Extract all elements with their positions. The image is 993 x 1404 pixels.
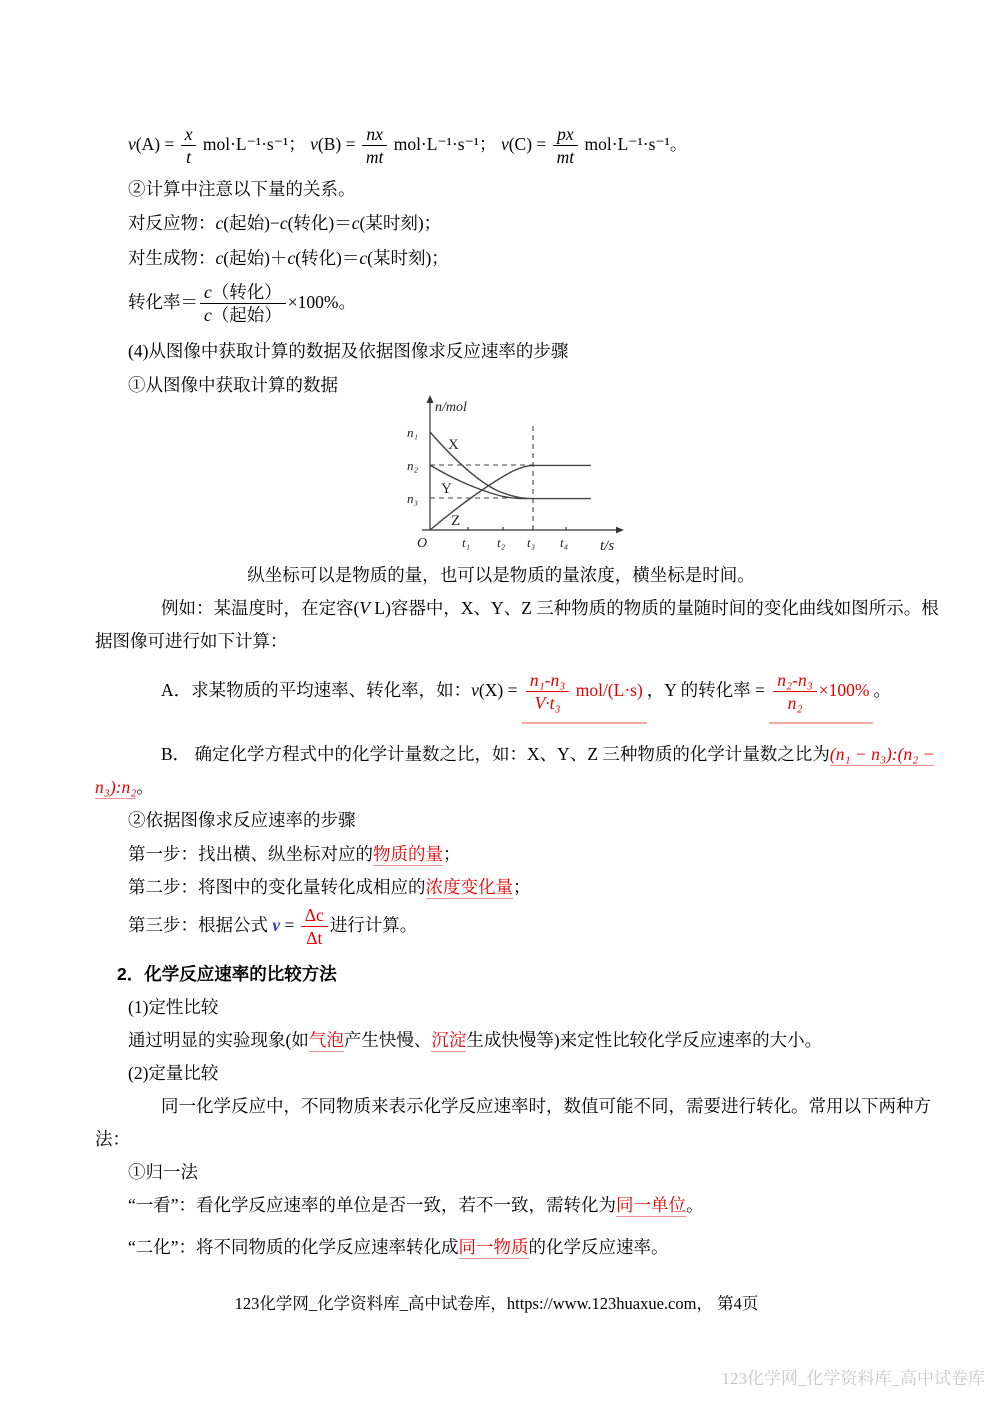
page-footer: 123化学网_化学资料库_高中试卷库，https://www.123huaxue… <box>0 1290 993 1314</box>
qualitative-body: 通过明显的实验现象(如气泡产生快慢、沉淀生成快慢等)来定性比较化学反应速率的大小… <box>95 1023 940 1057</box>
answer-ratio-part1: (n₁ − n₃):(n₂ − <box>830 744 935 766</box>
qualitative-title: (1)定性比较 <box>95 990 940 1024</box>
highlight-same-substance: 同一物质 <box>459 1237 529 1259</box>
x-tick-t4: t₄ <box>560 535 569 550</box>
amount-vs-time-chart: n/mol n₁ n₂ n₃ X Y Z O t₁ t₂ t₃ t₄ t/s <box>393 394 633 560</box>
highlight-bubble: 气泡 <box>309 1030 344 1052</box>
method-1-title: ①归一法 <box>95 1155 940 1189</box>
example-line-1: 例如：某温度时，在定容(V L)容器中，X、Y、Z 三种物质的物质的量随时间的变… <box>95 591 973 625</box>
section-4-title: (4)从图像中获取计算的数据及依据图像求反应速率的步骤 <box>95 334 940 368</box>
highlight-same-unit: 同一单位 <box>616 1195 686 1217</box>
answer-ratio-part2: n₃):n₂ <box>95 777 136 799</box>
math-v: v <box>501 134 509 154</box>
y-axis-arrow <box>427 395 434 403</box>
quantitative-body-line-2: 法： <box>95 1122 907 1156</box>
item-B-line-1: B． 确定化学方程式中的化学计量数之比，如：X、Y、Z 三种物质的化学计量数之比… <box>95 737 973 771</box>
look-rule-line: “一看”：看化学反应速率的单位是否一致，若不一致，需转化为同一单位。 <box>95 1188 940 1222</box>
document-page: v(A) = xt mol·L⁻¹·s⁻¹； v(B) = nxmt mol·L… <box>0 0 993 1404</box>
fraction-conversion: c（转化）c（起始） <box>200 282 286 325</box>
y-tick-n2: n₂ <box>407 458 419 473</box>
fraction-px-mt: pxmt <box>553 124 579 167</box>
x-tick-t1: t₁ <box>462 535 470 550</box>
watermark: 123化学网_化学资料库_高中试卷库 <box>722 1364 986 1389</box>
step-1-line: 第一步：找出横、纵坐标对应的物质的量； <box>95 837 940 871</box>
note-2: ②计算中注意以下量的关系。 <box>95 172 940 206</box>
curve-label-Y: Y <box>441 481 452 497</box>
math-v: v <box>128 134 136 154</box>
y-tick-n3: n₃ <box>407 491 418 506</box>
quantitative-title: (2)定量比较 <box>95 1056 940 1090</box>
fraction-x-t: xt <box>181 124 197 167</box>
y-axis-label: n/mol <box>435 400 467 415</box>
subsection-2-title: ②依据图像求反应速率的步骤 <box>95 803 940 837</box>
curve-label-X: X <box>448 437 459 453</box>
x-tick-t2: t₂ <box>497 535 506 550</box>
answer-blank-conversion-Y: n₂-n₃n₂×100% <box>769 662 873 724</box>
math-v-blue: v <box>272 915 280 935</box>
x-axis-arrow <box>616 527 624 533</box>
reactant-relation-line: 对反应物：c(起始)−c(转化)＝c(某时刻)； <box>95 206 940 240</box>
example-line-2: 据图像可进行如下计算： <box>95 624 907 658</box>
rate-formula-line: v(A) = xt mol·L⁻¹·s⁻¹； v(B) = nxmt mol·L… <box>95 116 940 172</box>
step-3-line: 第三步：根据公式 v = ΔcΔt进行计算。 <box>95 897 940 953</box>
section-2-heading: 2．化学反应速率的比较方法 <box>95 957 929 991</box>
convert-rule-line: “二化”：将不同物质的化学反应速率转化成同一物质的化学反应速率。 <box>95 1230 940 1264</box>
origin-label: O <box>417 536 427 551</box>
answer-blank-vx: n₁-n₃V·t₃ mol/(L·s) <box>522 662 647 724</box>
x-tick-t3: t₃ <box>527 535 535 550</box>
x-axis-label: t/s <box>600 538 614 554</box>
fraction-n1n3-vt3: n₁-n₃V·t₃ <box>526 670 570 713</box>
item-A-line: A．求某物质的平均速率、转化率，如：v(X) = n₁-n₃V·t₃ mol/(… <box>95 662 973 724</box>
highlight-amount: 物质的量 <box>373 844 443 866</box>
figure-caption: 纵坐标可以是物质的量，也可以是物质的量浓度，横坐标是时间。 <box>95 558 907 592</box>
math-v: v <box>310 134 318 154</box>
quantitative-body-line-1: 同一化学反应中，不同物质来表示化学反应速率时，数值可能不同，需要进行转化。常用以… <box>95 1089 973 1123</box>
curve-label-Z: Z <box>451 513 460 529</box>
highlight-concentration-change: 浓度变化量 <box>426 877 514 899</box>
item-B-line-2: n₃):n₂。 <box>95 770 907 804</box>
fraction-nx-mt: nxmt <box>362 124 388 167</box>
highlight-precipitate: 沉淀 <box>431 1030 466 1052</box>
fraction-n2n3-n2: n₂-n₃n₂ <box>773 670 817 713</box>
y-tick-n1: n₁ <box>407 425 418 440</box>
fraction-dc-dt: ΔcΔt <box>301 905 328 948</box>
product-relation-line: 对生成物：c(起始)＋c(转化)＝c(某时刻)； <box>95 241 940 275</box>
conversion-rate-formula: 转化率＝c（转化）c（起始）×100%。 <box>95 274 940 330</box>
